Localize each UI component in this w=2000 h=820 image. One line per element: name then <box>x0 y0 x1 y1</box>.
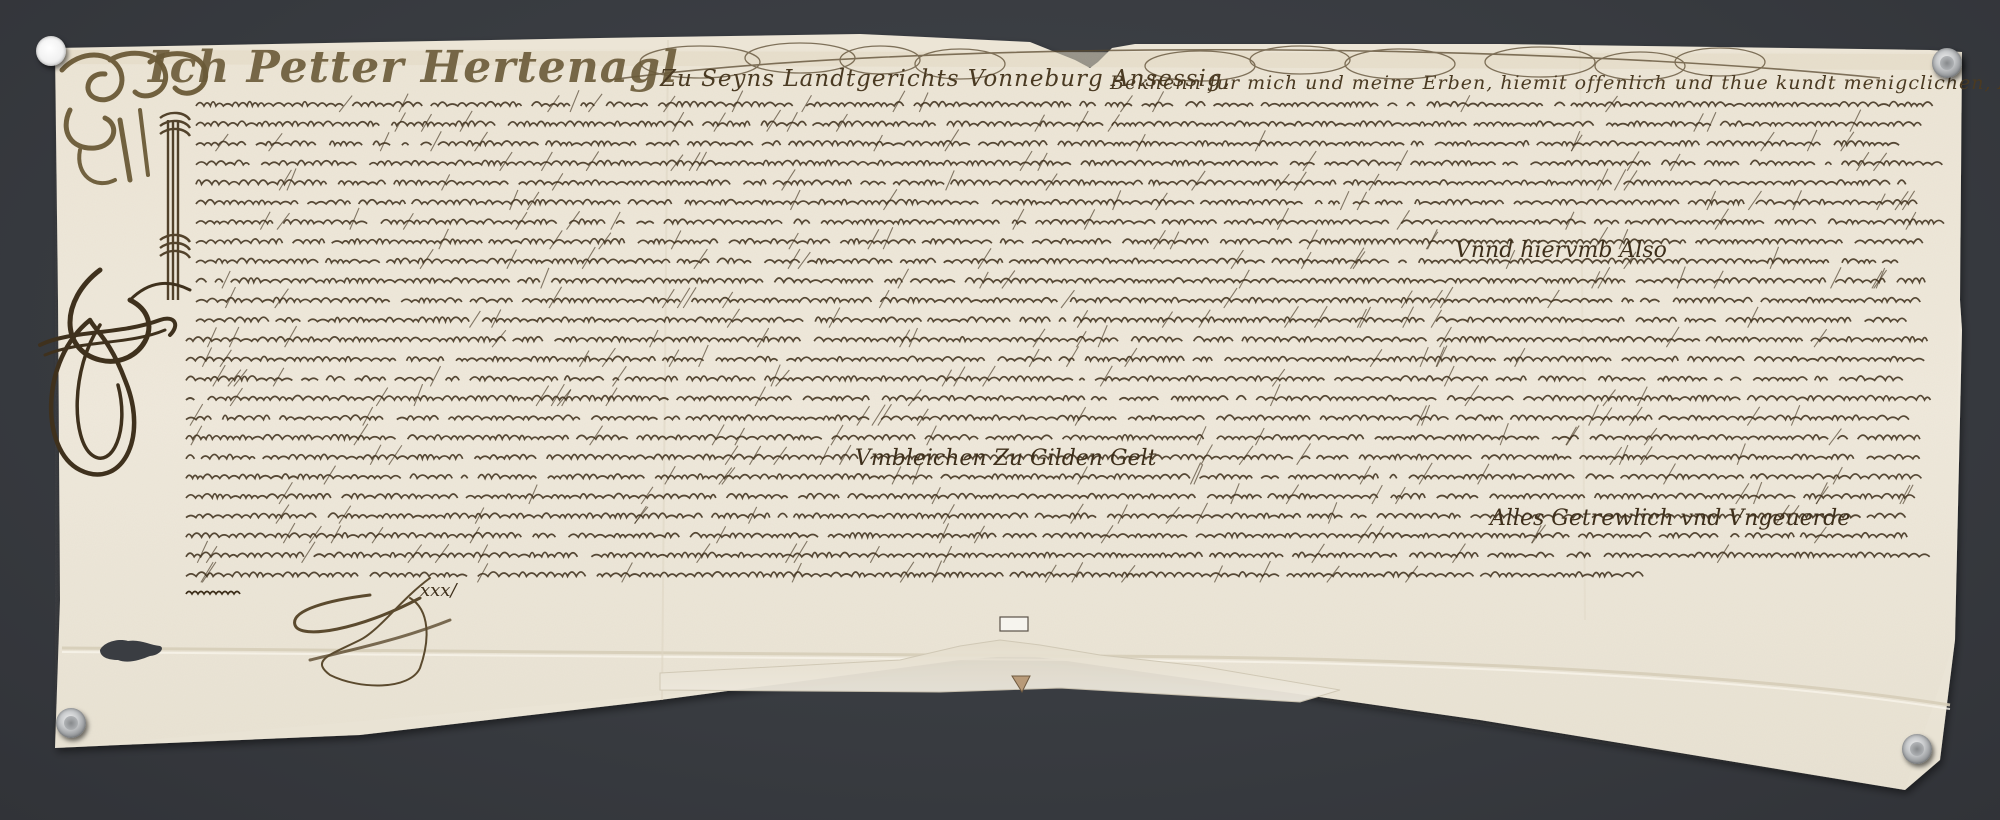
handwritten-line <box>196 160 1942 164</box>
pin-top-left <box>36 36 66 66</box>
handwritten-line <box>186 396 1930 400</box>
handwritten-line <box>186 474 1921 478</box>
display-phrase-1: Vnnd hiervmb Also <box>1455 238 1667 263</box>
handwritten-line <box>196 219 1944 223</box>
handwritten-line <box>186 337 1927 341</box>
pin-bottom-right <box>1902 734 1932 764</box>
handwritten-line <box>196 102 1933 106</box>
handwritten-line <box>186 435 1920 439</box>
handwritten-line <box>186 376 1903 380</box>
handwritten-lines <box>0 0 2000 820</box>
pin-top-right <box>1932 48 1962 78</box>
handwritten-line <box>196 278 1925 282</box>
handwritten-line <box>196 317 1919 321</box>
handwritten-line <box>196 298 1920 302</box>
handwritten-line <box>186 572 1643 576</box>
handwritten-line <box>186 415 1918 419</box>
handwritten-line <box>186 533 1907 537</box>
handwritten-line <box>196 141 1912 145</box>
pin-bottom-left <box>56 708 86 738</box>
display-phrase-3: Alles Getrewlich vnd Vngeuerde <box>1490 506 1850 531</box>
handwritten-line <box>196 121 1921 125</box>
display-phrase-2: Vmbleichen Zu Gilden Gelt <box>855 446 1156 471</box>
handwritten-line <box>196 200 1917 204</box>
handwritten-line <box>186 494 1915 498</box>
closing-word: xxx/ <box>420 580 457 601</box>
handwritten-line <box>186 552 1930 556</box>
handwritten-line <box>186 356 1924 360</box>
